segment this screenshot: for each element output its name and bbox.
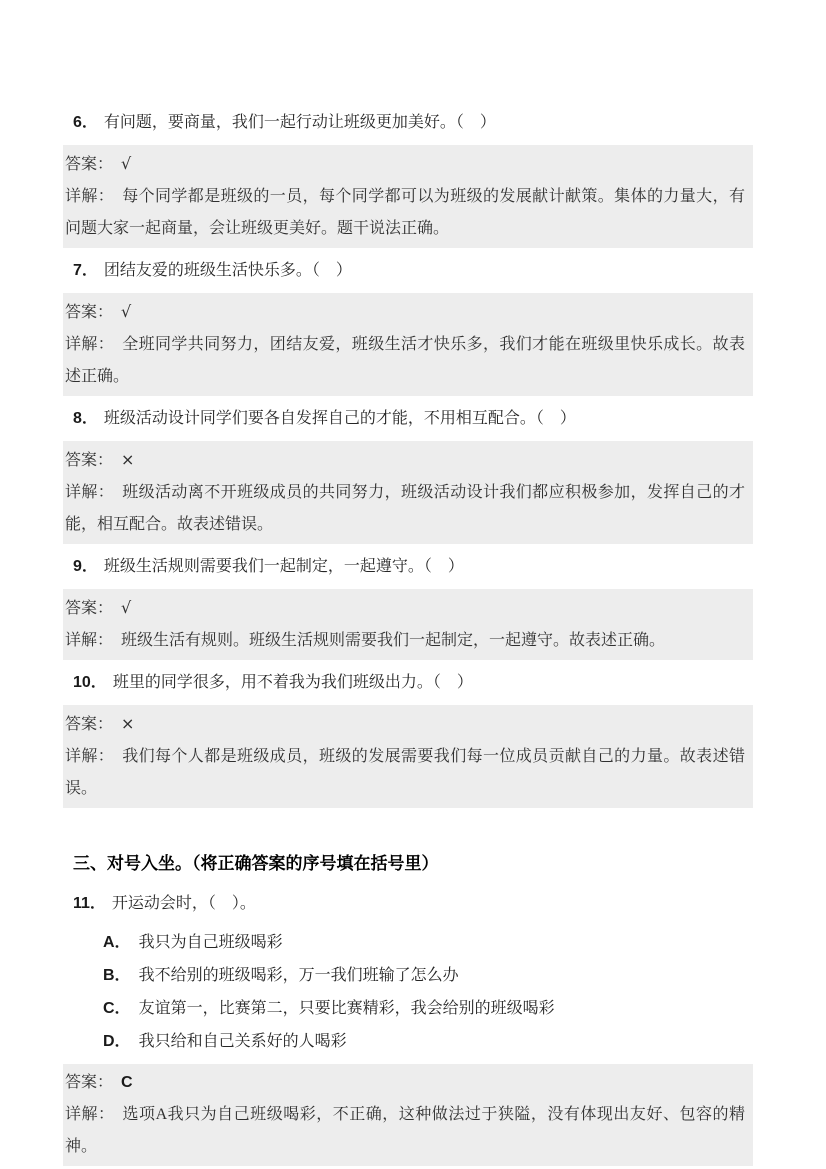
question-block-11: 11．开运动会时，（ ）。 A．我只为自己班级喝彩 B．我不给别的班级喝彩，万一… — [63, 888, 753, 1166]
question-block-9: 9．班级生活规则需要我们一起制定，一起遵守。（ ） 答案：√ 详解：班级生活有规… — [63, 551, 753, 660]
answer-label: 答案： — [65, 1074, 113, 1091]
option-label: D． — [103, 1033, 131, 1050]
answer-label: 答案： — [65, 304, 113, 321]
question-number: 8． — [73, 410, 98, 427]
answer-value: √ — [121, 154, 131, 173]
question-body: 班级生活规则需要我们一起制定，一起遵守。（ ） — [104, 558, 464, 575]
explanation-text: 班级活动离不开班级成员的共同努力，班级活动设计我们都应积极参加，发挥自己的才能，… — [65, 484, 745, 533]
question-block-7: 7．团结友爱的班级生活快乐多。（ ） 答案：√ 详解：全班同学共同努力，团结友爱… — [63, 255, 753, 396]
option-text: 我只为自己班级喝彩 — [139, 934, 283, 951]
question-body: 开运动会时，（ ）。 — [112, 895, 256, 912]
answer-highlight: 答案：√ 详解：班级生活有规则。班级生活规则需要我们一起制定，一起遵守。故表述正… — [63, 589, 753, 660]
question-block-10: 10．班里的同学很多，用不着我为我们班级出力。（ ） 答案：× 详解：我们每个人… — [63, 667, 753, 808]
explanation-line: 详解：每个同学都是班级的一员，每个同学都可以为班级的发展献计献策。集体的力量大，… — [65, 181, 745, 245]
option-text: 我不给别的班级喝彩，万一我们班输了怎么办 — [139, 967, 459, 984]
option-label: C． — [103, 1000, 131, 1017]
answer-line: 答案：× — [65, 708, 745, 741]
question-number: 11． — [73, 895, 106, 912]
explanation-line: 详解：班级活动离不开班级成员的共同努力，班级活动设计我们都应积极参加，发挥自己的… — [65, 477, 745, 541]
option-a: A．我只为自己班级喝彩 — [63, 926, 753, 959]
explain-label: 详解： — [65, 632, 113, 649]
question-text: 7．团结友爱的班级生活快乐多。（ ） — [63, 255, 753, 287]
option-text: 友谊第一，比赛第二，只要比赛精彩，我会给别的班级喝彩 — [139, 1000, 555, 1017]
answer-highlight: 答案：√ 详解：每个同学都是班级的一员，每个同学都可以为班级的发展献计献策。集体… — [63, 145, 753, 248]
question-text: 6．有问题，要商量，我们一起行动让班级更加美好。（ ） — [63, 107, 753, 139]
explanation-line: 详解：选项A我只为自己班级喝彩，不正确，这种做法过于狭隘，没有体现出友好、包容的… — [65, 1099, 745, 1163]
question-body: 有问题，要商量，我们一起行动让班级更加美好。（ ） — [104, 114, 496, 131]
question-block-8: 8．班级活动设计同学们要各自发挥自己的才能，不用相互配合。（ ） 答案：× 详解… — [63, 403, 753, 544]
question-text: 9．班级生活规则需要我们一起制定，一起遵守。（ ） — [63, 551, 753, 583]
answer-highlight: 答案：× 详解：班级活动离不开班级成员的共同努力，班级活动设计我们都应积极参加，… — [63, 441, 753, 544]
answer-label: 答案： — [65, 452, 113, 469]
answer-highlight: 答案：C 详解：选项A我只为自己班级喝彩，不正确，这种做法过于狭隘，没有体现出友… — [63, 1064, 753, 1166]
answer-value: √ — [121, 598, 131, 617]
explanation-line: 详解：我们每个人都是班级成员，班级的发展需要我们每一位成员贡献自己的力量。故表述… — [65, 741, 745, 805]
answer-label: 答案： — [65, 716, 113, 733]
answer-line: 答案：C — [65, 1067, 745, 1099]
explain-label: 详解： — [65, 1106, 115, 1123]
question-number: 9． — [73, 558, 98, 575]
explain-label: 详解： — [65, 188, 114, 205]
answer-highlight: 答案：× 详解：我们每个人都是班级成员，班级的发展需要我们每一位成员贡献自己的力… — [63, 705, 753, 808]
option-c: C．友谊第一，比赛第二，只要比赛精彩，我会给别的班级喝彩 — [63, 992, 753, 1025]
explain-label: 详解： — [65, 484, 114, 501]
answer-line: 答案：√ — [65, 592, 745, 625]
option-label: A． — [103, 934, 131, 951]
explanation-text: 班级生活有规则。班级生活规则需要我们一起制定，一起遵守。故表述正确。 — [121, 632, 665, 649]
option-b: B．我不给别的班级喝彩，万一我们班输了怎么办 — [63, 959, 753, 992]
answer-label: 答案： — [65, 600, 113, 617]
answer-line: 答案：√ — [65, 296, 745, 329]
answer-line: 答案：× — [65, 444, 745, 477]
answer-value: √ — [121, 302, 131, 321]
section-heading: 三、对号入坐。（将正确答案的序号填在括号里） — [63, 848, 753, 880]
explanation-line: 详解：班级生活有规则。班级生活规则需要我们一起制定，一起遵守。故表述正确。 — [65, 625, 745, 657]
question-text: 11．开运动会时，（ ）。 — [63, 888, 753, 920]
document-page: 6．有问题，要商量，我们一起行动让班级更加美好。（ ） 答案：√ 详解：每个同学… — [0, 0, 826, 1166]
question-body: 班级活动设计同学们要各自发挥自己的才能，不用相互配合。（ ） — [104, 410, 576, 427]
explanation-text: 每个同学都是班级的一员，每个同学都可以为班级的发展献计献策。集体的力量大，有问题… — [65, 188, 745, 237]
question-text: 10．班里的同学很多，用不着我为我们班级出力。（ ） — [63, 667, 753, 699]
option-d: D．我只给和自己关系好的人喝彩 — [63, 1025, 753, 1058]
explain-label: 详解： — [65, 336, 114, 353]
answer-label: 答案： — [65, 156, 113, 173]
question-number: 7． — [73, 262, 98, 279]
answer-value: C — [121, 1074, 133, 1091]
question-number: 6． — [73, 114, 98, 131]
answer-line: 答案：√ — [65, 148, 745, 181]
option-text: 我只给和自己关系好的人喝彩 — [139, 1033, 347, 1050]
answer-highlight: 答案：√ 详解：全班同学共同努力，团结友爱，班级生活才快乐多，我们才能在班级里快… — [63, 293, 753, 396]
explanation-line: 详解：全班同学共同努力，团结友爱，班级生活才快乐多，我们才能在班级里快乐成长。故… — [65, 329, 745, 393]
explanation-text: 我们每个人都是班级成员，班级的发展需要我们每一位成员贡献自己的力量。故表述错误。 — [65, 748, 745, 797]
explain-label: 详解： — [65, 748, 114, 765]
answer-value: × — [121, 450, 134, 469]
question-block-6: 6．有问题，要商量，我们一起行动让班级更加美好。（ ） 答案：√ 详解：每个同学… — [63, 107, 753, 248]
explanation-text: 全班同学共同努力，团结友爱，班级生活才快乐多，我们才能在班级里快乐成长。故表述正… — [65, 336, 745, 385]
question-text: 8．班级活动设计同学们要各自发挥自己的才能，不用相互配合。（ ） — [63, 403, 753, 435]
question-number: 10． — [73, 674, 107, 691]
explanation-text: 选项A我只为自己班级喝彩，不正确，这种做法过于狭隘，没有体现出友好、包容的精神。 — [65, 1106, 745, 1155]
answer-value: × — [121, 714, 134, 733]
question-body: 班里的同学很多，用不着我为我们班级出力。（ ） — [113, 674, 473, 691]
option-label: B． — [103, 967, 131, 984]
question-body: 团结友爱的班级生活快乐多。（ ） — [104, 262, 352, 279]
